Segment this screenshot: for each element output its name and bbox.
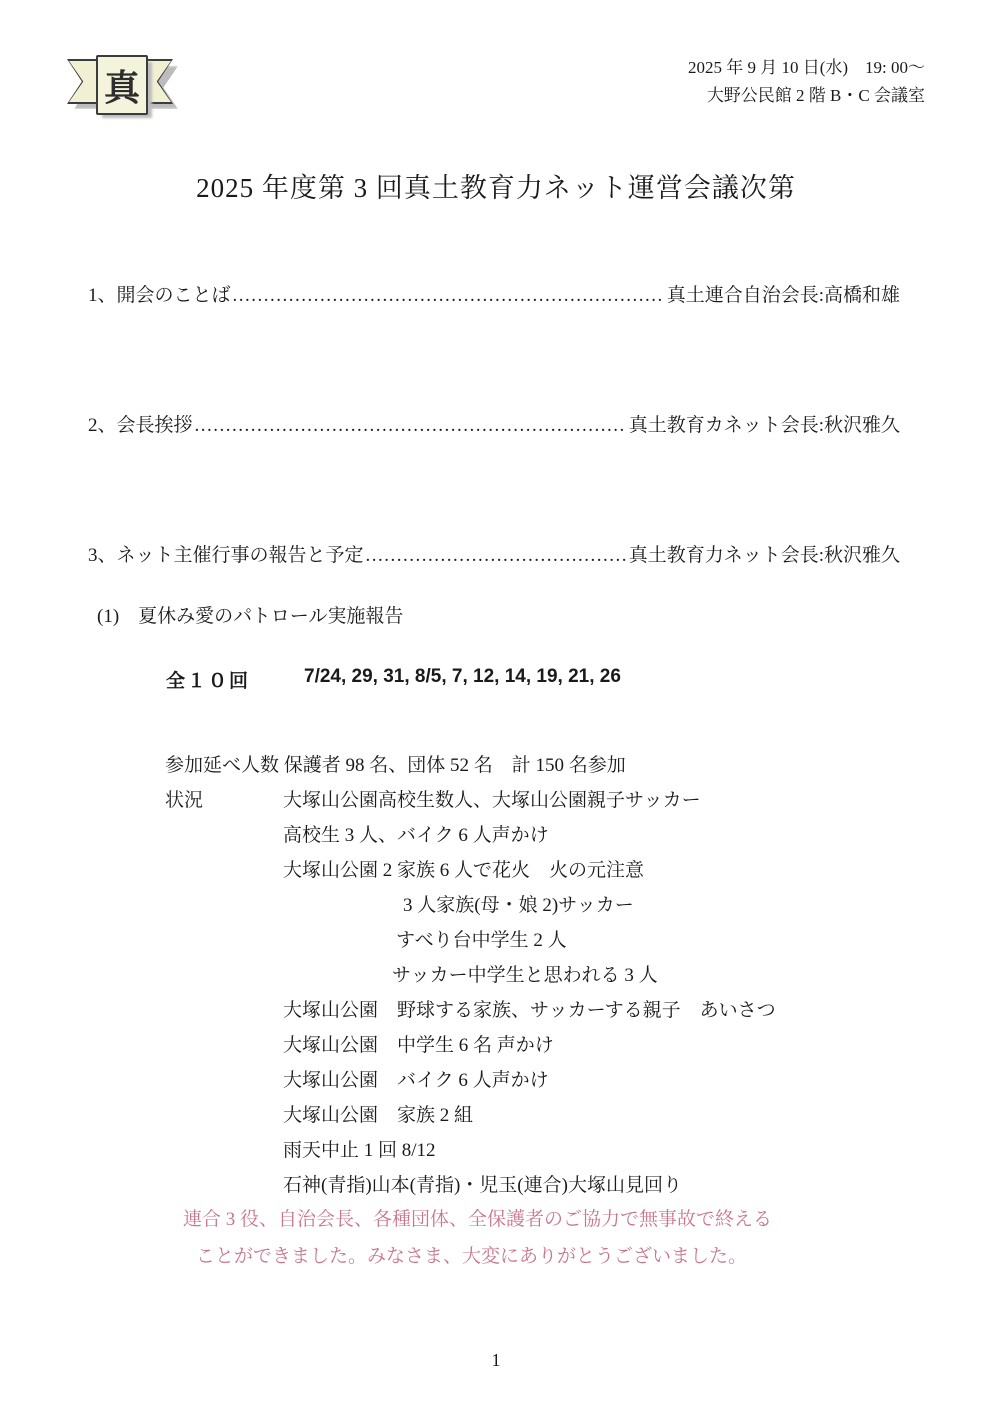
status-first-line: 状況 大塚山公園高校生数人、大塚山公園親子サッカー xyxy=(165,783,945,818)
agenda-item-speaker: 真土教育カネット会長:秋沢雅久 xyxy=(629,413,900,439)
status-label: 状況 xyxy=(165,783,283,818)
status-line: すべり台中学生 2 人 xyxy=(165,923,945,958)
patrol-dates: 7/24, 29, 31, 8/5, 7, 12, 14, 19, 21, 26 xyxy=(304,666,621,693)
agenda-item-label: 3、ネット主催行事の報告と予定 xyxy=(88,543,364,569)
status-line: 大塚山公園 バイク 6 人声かけ xyxy=(165,1063,945,1098)
status-line: 3 人家族(母・娘 2)サッカー xyxy=(165,888,945,923)
status-line: 大塚山公園 中学生 6 名 声かけ xyxy=(165,1028,945,1063)
status-line: 石神(青指)山本(青指)・児玉(連合)大塚山見回り xyxy=(165,1168,945,1203)
status-line: サッカー中学生と思われる 3 人 xyxy=(165,958,945,993)
status-line: 高校生 3 人、バイク 6 人声かけ xyxy=(165,818,945,853)
status-text: 大塚山公園高校生数人、大塚山公園親子サッカー xyxy=(283,783,701,818)
logo-character: 真 xyxy=(104,60,140,111)
document-header: 2025 年 9 月 10 日(水) 19: 00〜 大野公民館 2 階 B・C… xyxy=(688,54,925,110)
note-line-2: ことができました。みなさま、大変にありがとうございました。 xyxy=(183,1238,772,1275)
agenda-item-3: 3、ネット主催行事の報告と予定 ........................… xyxy=(88,543,900,569)
mado-ribbon-logo: 真 xyxy=(66,52,180,120)
patrol-total-label: 全１０回 xyxy=(166,666,304,693)
dot-leader: ........................................… xyxy=(233,283,665,309)
patrol-report: 参加延べ人数 保護者 98 名、団体 52 名 計 150 名参加 状況 大塚山… xyxy=(165,748,945,1203)
section-1-heading: (1) 夏休み愛のパトロール実施報告 xyxy=(97,601,403,628)
agenda-item-speaker: 真土連合自治会長:高橋和雄 xyxy=(667,283,900,309)
page-number: 1 xyxy=(0,1350,992,1371)
document-title: 2025 年度第 3 回真土教育力ネット運営会議次第 xyxy=(0,166,992,205)
logo-kanji-card: 真 xyxy=(96,55,148,115)
dot-leader: ........................................… xyxy=(195,413,627,439)
meeting-datetime: 2025 年 9 月 10 日(水) 19: 00〜 xyxy=(688,54,925,82)
status-line: 大塚山公園 2 家族 6 人で花火 火の元注意 xyxy=(165,853,945,888)
patrol-schedule: 全１０回 7/24, 29, 31, 8/5, 7, 12, 14, 19, 2… xyxy=(166,666,621,693)
agenda-item-1: 1、開会のことば ...............................… xyxy=(88,283,900,309)
status-line: 大塚山公園 野球する家族、サッカーする親子 あいさつ xyxy=(165,993,945,1028)
status-line: 雨天中止 1 回 8/12 xyxy=(165,1133,945,1168)
meeting-venue: 大野公民館 2 階 B・C 会議室 xyxy=(688,82,925,110)
agenda-item-speaker: 真土教育力ネット会長:秋沢雅久 xyxy=(629,543,900,569)
document-page: 真 2025 年 9 月 10 日(水) 19: 00〜 大野公民館 2 階 B… xyxy=(0,0,992,1404)
agenda-item-label: 2、会長挨拶 xyxy=(88,413,193,439)
dot-leader: ........................................… xyxy=(366,543,627,569)
note-line-1: 連合 3 役、自治会長、各種団体、全保護者のご協力で無事故で終える xyxy=(183,1201,772,1238)
agenda-item-2: 2、会長挨拶 .................................… xyxy=(88,413,900,439)
status-line: 大塚山公園 家族 2 組 xyxy=(165,1098,945,1133)
thank-you-note: 連合 3 役、自治会長、各種団体、全保護者のご協力で無事故で終える ことができま… xyxy=(183,1201,772,1275)
agenda-item-label: 1、開会のことば xyxy=(88,283,231,309)
participants-line: 参加延べ人数 保護者 98 名、団体 52 名 計 150 名参加 xyxy=(165,748,945,783)
